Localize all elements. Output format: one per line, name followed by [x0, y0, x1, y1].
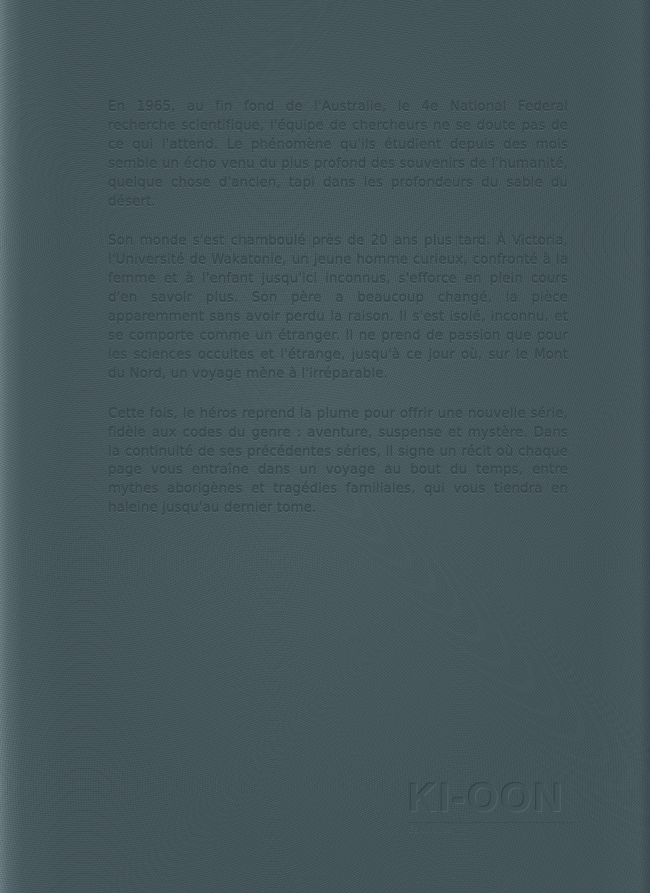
synopsis-paragraph-2: Son monde s'est chamboulé près de 20 ans… [108, 233, 568, 384]
publisher-logo: KI-OON Éditions [408, 778, 578, 838]
publisher-logo-subtitle: Éditions [408, 822, 576, 835]
book-back-cover: En 1965, au fin fond de l'Australie, le … [0, 0, 650, 893]
synopsis-paragraph-1: En 1965, au fin fond de l'Australie, le … [108, 99, 568, 212]
synopsis-paragraph-3: Cette fois, le héros reprend la plume po… [108, 406, 568, 519]
publisher-logo-text: KI-OON [408, 778, 578, 818]
synopsis-text: En 1965, au fin fond de l'Australie, le … [108, 99, 568, 540]
